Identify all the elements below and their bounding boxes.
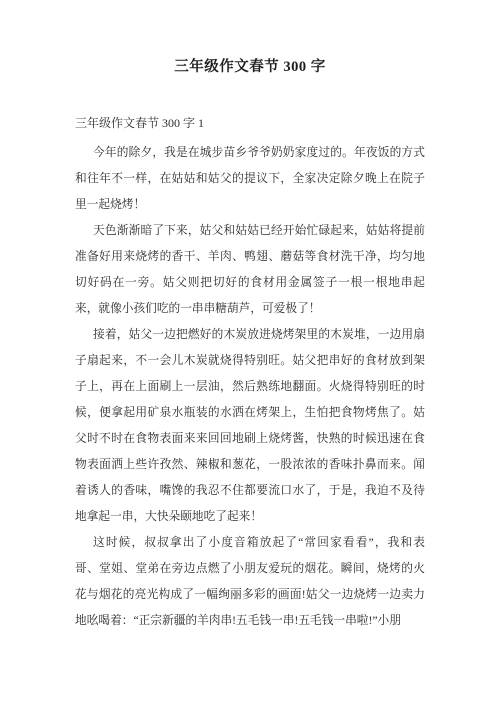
essay-line: 今年的除夕，我是在城步苗乡爷爷奶奶家度过的。年夜饭的方式 xyxy=(75,140,425,166)
essay-line: 里一起烧烤！ xyxy=(75,192,425,218)
document-title: 三年级作文春节 300 字 xyxy=(0,57,500,78)
document-content: 三年级作文春节 300 字 1 今年的除夕，我是在城步苗乡爷爷奶奶家度过的。年夜… xyxy=(75,114,425,634)
essay-line: 哥、堂姐、堂弟在旁边点燃了小朋友爱玩的烟花。瞬间，烧烤的火 xyxy=(75,556,425,582)
essay-line: 物表面洒上些许孜然、辣椒和葱花，一股浓浓的香味扑鼻而来。闻 xyxy=(75,452,425,478)
essay-line: 父时不时在食物表面来来回回地刷上烧烤酱，快熟的时候迅速在食 xyxy=(75,426,425,452)
document-page: 三年级作文春节 300 字 三年级作文春节 300 字 1 今年的除夕，我是在城… xyxy=(0,0,500,707)
essay-line: 子扇起来，不一会儿木炭就烧得特别旺。姑父把串好的食材放到架 xyxy=(75,348,425,374)
essay-line: 地吆喝着：“正宗新疆的羊肉串!五毛钱一串!五毛钱一串啦!”小朋 xyxy=(75,608,425,634)
essay-line: 和往年不一样，在姑姑和姑父的提议下，全家决定除夕晚上在院子 xyxy=(75,166,425,192)
essay-line: 接着，姑父一边把燃好的木炭放进烧烤架里的木炭堆，一边用扇 xyxy=(75,322,425,348)
essay-line: 着诱人的香味，嘴馋的我忍不住都要流口水了，于是，我迫不及待 xyxy=(75,478,425,504)
essay-line: 子上，再在上面刷上一层油，然后熟练地翻面。火烧得特别旺的时 xyxy=(75,374,425,400)
essay-line: 候，便拿起用矿泉水瓶装的水洒在烤架上，生怕把食物烤焦了。姑 xyxy=(75,400,425,426)
section-heading: 三年级作文春节 300 字 1 xyxy=(75,114,425,132)
essay-line: 准备好用来烧烤的香干、羊肉、鸭翅、蘑菇等食材洗干净，均匀地 xyxy=(75,244,425,270)
essay-line: 切好码在一旁。姑父则把切好的食材用金属签子一根一根地串起 xyxy=(75,270,425,296)
essay-line: 天色渐渐暗了下来，姑父和姑姑已经开始忙碌起来，姑姑将提前 xyxy=(75,218,425,244)
essay-line: 来，就像小孩们吃的一串串糖葫芦，可爱极了！ xyxy=(75,296,425,322)
essay-body: 今年的除夕，我是在城步苗乡爷爷奶奶家度过的。年夜饭的方式和往年不一样，在姑姑和姑… xyxy=(75,140,425,634)
essay-line: 这时候，叔叔拿出了小度音箱放起了“常回家看看”，我和表 xyxy=(75,530,425,556)
essay-line: 花与烟花的亮光构成了一幅绚丽多彩的画面!姑父一边烧烤一边卖力 xyxy=(75,582,425,608)
essay-line: 地拿起一串，大快朵颐地吃了起来！ xyxy=(75,504,425,530)
